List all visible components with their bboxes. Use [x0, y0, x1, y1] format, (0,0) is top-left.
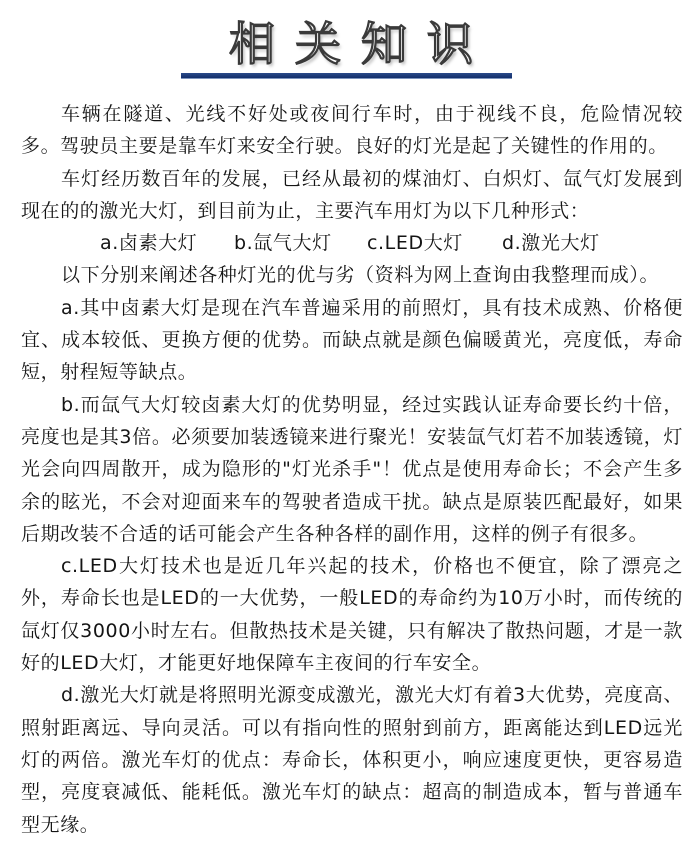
- title-char: 关: [295, 14, 339, 74]
- section-led: c.LED大灯技术也是近几年兴起的技术，价格也不便宜，除了漂亮之外，寿命长也是L…: [21, 550, 683, 679]
- lamp-type-xenon: b.氙气大灯: [234, 227, 332, 259]
- title-char: 识: [427, 14, 471, 74]
- section-xenon: b.而氙气大灯较卤素大灯的优势明显，经过实践认证寿命要长约十倍，亮度也是其3倍。…: [21, 389, 683, 550]
- paragraph-intro-driving: 车辆在隧道、光线不好处或夜间行车时，由于视线不良，危险情况较多。驾驶员主要是靠车…: [21, 98, 683, 163]
- section-halogen: a.其中卤素大灯是现在汽车普遍采用的前照灯，具有技术成熟、价格便宜、成本较低、更…: [21, 292, 683, 389]
- page-header: 相 关 知 识: [0, 0, 700, 90]
- paragraph-headlight-history: 车灯经历数百年的发展，已经从最初的煤油灯、白炽灯、氙气灯发展到现在的的激光大灯，…: [21, 163, 683, 228]
- paragraph-comparison-intro: 以下分别来阐述各种灯光的优与劣（资料为网上查询由我整理而成）。: [21, 259, 683, 291]
- title-underline-divider: [181, 73, 512, 79]
- lamp-type-list: a.卤素大灯 b.氙气大灯 c.LED大灯 d.激光大灯: [21, 227, 683, 259]
- section-laser: d.激光大灯就是将照明光源变成激光，激光大灯有着3大优势，亮度高、照射距离远、导…: [21, 679, 683, 840]
- page-title: 相 关 知 识: [0, 14, 700, 74]
- article-body: 车辆在隧道、光线不好处或夜间行车时，由于视线不良，危险情况较多。驾驶员主要是靠车…: [21, 98, 683, 841]
- lamp-type-halogen: a.卤素大灯: [100, 227, 197, 259]
- title-char: 相: [229, 14, 273, 74]
- title-char: 知: [361, 14, 405, 74]
- lamp-type-led: c.LED大灯: [367, 227, 463, 259]
- lamp-type-laser: d.激光大灯: [502, 227, 600, 259]
